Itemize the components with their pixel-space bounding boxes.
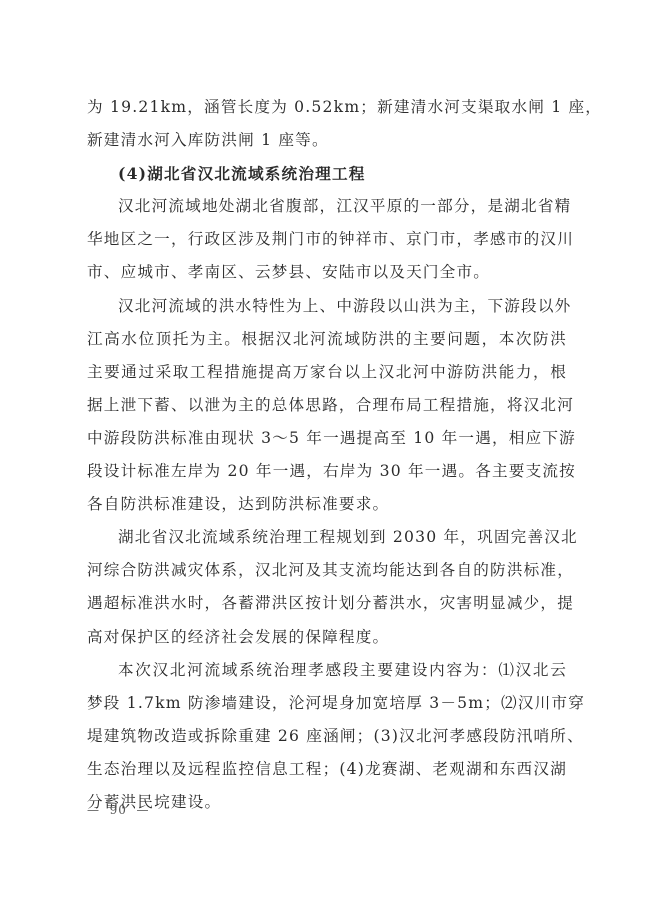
- text-line: 华地区之一，行政区涉及荆门市的钟祥市、京门市，孝感市的汉川: [87, 223, 567, 256]
- paragraph-plan-2030: 湖北省汉北流域系统治理工程规划到 2030 年，巩固完善汉北 河综合防洪减灾体系…: [87, 521, 567, 653]
- text-line: 堤建筑物改造或拆除重建 26 座涵闸；(3)汉北河孝感段防汛哨所、: [87, 720, 567, 753]
- heading-text: (4)湖北省汉北流域系统治理工程: [87, 157, 567, 190]
- text-line: 分蓄洪民垸建设。: [87, 786, 567, 819]
- section-heading: (4)湖北省汉北流域系统治理工程: [87, 157, 567, 190]
- text-line: 为 19.21km，涵管长度为 0.52km；新建清水河支渠取水闸 1 座，: [87, 91, 567, 124]
- text-line: 市、应城市、孝南区、云梦县、安陆市以及天门全市。: [87, 256, 567, 289]
- paragraph-construction-content: 本次汉北河流域系统治理孝感段主要建设内容为：⑴汉北云 梦段 1.7km 防渗墙建…: [87, 654, 567, 819]
- text-line: 梦段 1.7km 防渗墙建设，沦河堤身加宽培厚 3－5m；⑵汉川市穿: [87, 687, 567, 720]
- paragraph-continued: 为 19.21km，涵管长度为 0.52km；新建清水河支渠取水闸 1 座， 新…: [87, 91, 567, 157]
- text-line: 本次汉北河流域系统治理孝感段主要建设内容为：⑴汉北云: [87, 654, 567, 687]
- text-line: 各自防洪标准建设，达到防洪标准要求。: [87, 488, 567, 521]
- text-line: 中游段防洪标准由现状 3～5 年一遇提高至 10 年一遇，相应下游: [87, 422, 567, 455]
- text-line: 遇超标准洪水时，各蓄滞洪区按计划分蓄洪水，灾害明显减少，提: [87, 587, 567, 620]
- page-number: — 90 —: [87, 803, 150, 817]
- text-line: 主要通过采取工程措施提高万家台以上汉北河中游防洪能力，根: [87, 356, 567, 389]
- text-line: 段设计标准左岸为 20 年一遇，右岸为 30 年一遇。各主要支流按: [87, 455, 567, 488]
- text-line: 汉北河流域地处湖北省腹部，江汉平原的一部分，是湖北省精: [87, 190, 567, 223]
- document-page: 为 19.21km，涵管长度为 0.52km；新建清水河支渠取水闸 1 座， 新…: [87, 91, 567, 819]
- paragraph-location: 汉北河流域地处湖北省腹部，江汉平原的一部分，是湖北省精 华地区之一，行政区涉及荆…: [87, 190, 567, 289]
- text-line: 高对保护区的经济社会发展的保障程度。: [87, 621, 567, 654]
- text-line: 新建清水河入库防洪闸 1 座等。: [87, 124, 567, 157]
- text-line: 河综合防洪减灾体系，汉北河及其支流均能达到各自的防洪标准，: [87, 554, 567, 587]
- text-line: 汉北河流域的洪水特性为上、中游段以山洪为主，下游段以外: [87, 290, 567, 323]
- text-line: 湖北省汉北流域系统治理工程规划到 2030 年，巩固完善汉北: [87, 521, 567, 554]
- text-line: 据上泄下蓄、以泄为主的总体思路，合理布局工程措施，将汉北河: [87, 389, 567, 422]
- text-line: 江高水位顶托为主。根据汉北河流域防洪的主要问题，本次防洪: [87, 323, 567, 356]
- text-line: 生态治理以及远程监控信息工程；(4)龙赛湖、老观湖和东西汉湖: [87, 753, 567, 786]
- paragraph-flood-characteristics: 汉北河流域的洪水特性为上、中游段以山洪为主，下游段以外 江高水位顶托为主。根据汉…: [87, 290, 567, 522]
